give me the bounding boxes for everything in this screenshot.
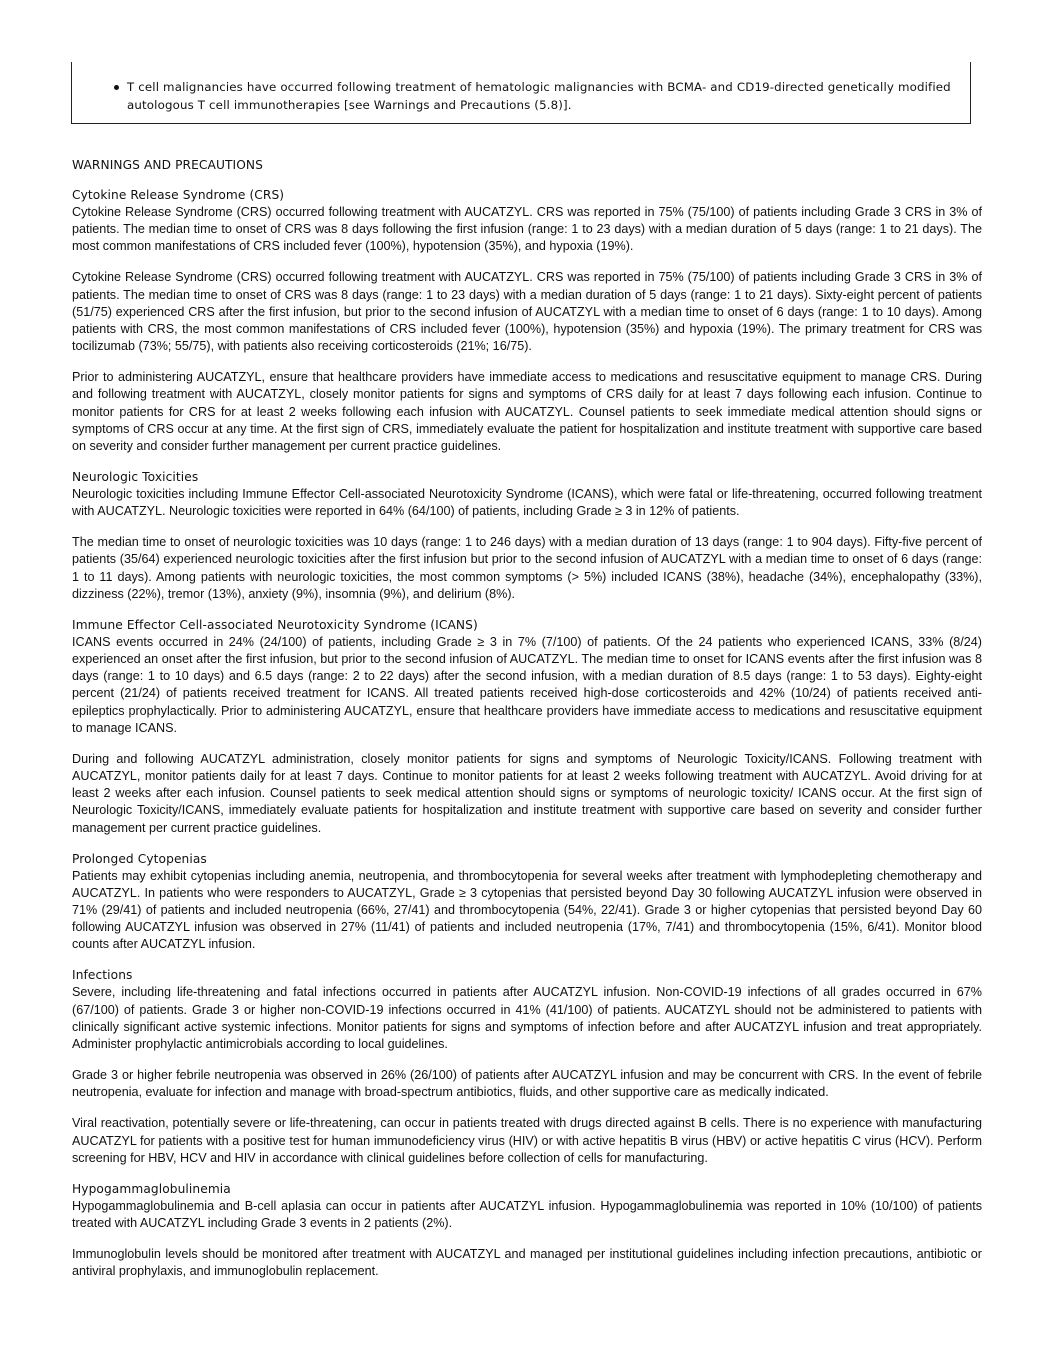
paragraph: Immunoglobulin levels should be monitore… [72,1246,982,1280]
subsection-heading: Cytokine Release Syndrome (CRS) [72,187,982,204]
boxed-warning-list: T cell malignancies have occurred follow… [114,79,964,114]
subsection-prolonged-cytopenias: Prolonged Cytopenias Patients may exhibi… [72,851,982,954]
paragraph: Cytokine Release Syndrome (CRS) occurred… [72,204,982,256]
bullet-icon [114,85,119,90]
paragraph: The median time to onset of neurologic t… [72,534,982,603]
boxed-warning: T cell malignancies have occurred follow… [71,62,971,124]
warnings-and-precautions-section: WARNINGS AND PRECAUTIONS Cytokine Releas… [72,157,982,1294]
paragraph: Grade 3 or higher febrile neutropenia wa… [72,1067,982,1101]
subsection-heading: Prolonged Cytopenias [72,851,982,868]
subsection-heading: Neurologic Toxicities [72,469,982,486]
subsection-heading: Immune Effector Cell-associated Neurotox… [72,617,982,634]
subsection-icans: Immune Effector Cell-associated Neurotox… [72,617,982,837]
paragraph: Cytokine Release Syndrome (CRS) occurred… [72,269,982,355]
paragraph: Severe, including life-threatening and f… [72,984,982,1053]
paragraph: Viral reactivation, potentially severe o… [72,1115,982,1167]
subsection-heading: Hypogammaglobulinemia [72,1181,982,1198]
subsection-neurologic-toxicities: Neurologic Toxicities Neurologic toxicit… [72,469,982,603]
paragraph: Prior to administering AUCATZYL, ensure … [72,369,982,455]
paragraph: ICANS events occurred in 24% (24/100) of… [72,634,982,737]
subsection-infections: Infections Severe, including life-threat… [72,967,982,1166]
subsection-hypogammaglobulinemia: Hypogammaglobulinemia Hypogammaglobuline… [72,1181,982,1281]
paragraph: Patients may exhibit cytopenias includin… [72,868,982,954]
subsection-crs: Cytokine Release Syndrome (CRS) Cytokine… [72,187,982,455]
boxed-warning-item: T cell malignancies have occurred follow… [114,79,964,114]
paragraph: During and following AUCATZYL administra… [72,751,982,837]
paragraph: Neurologic toxicities including Immune E… [72,486,982,520]
boxed-warning-text: T cell malignancies have occurred follow… [127,80,951,112]
paragraph: Hypogammaglobulinemia and B-cell aplasia… [72,1198,982,1232]
subsection-heading: Infections [72,967,982,984]
section-title: WARNINGS AND PRECAUTIONS [72,157,982,174]
